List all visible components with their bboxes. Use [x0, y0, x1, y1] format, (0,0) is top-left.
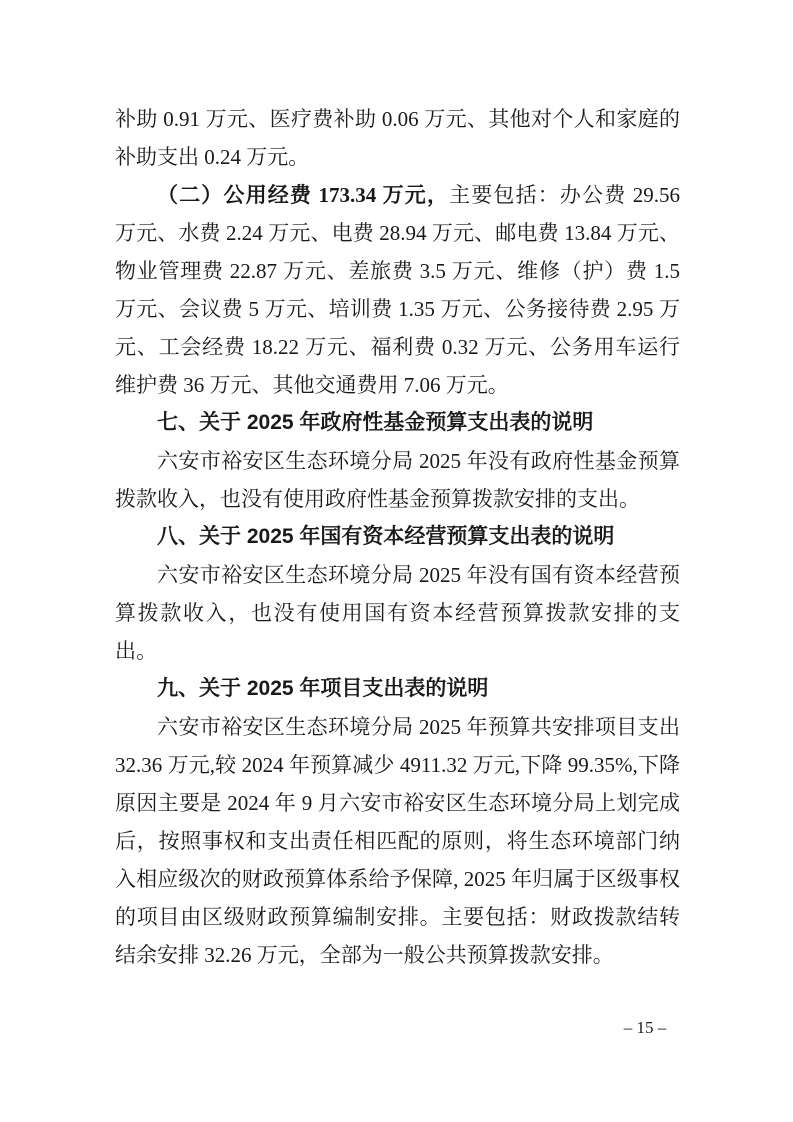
body-paragraph: 六安市裕安区生态环境分局 2025 年没有国有资本经营预算拨款收入，也没有使用国… [115, 556, 680, 670]
text-run: 六安市裕安区生态环境分局 2025 年预算共安排项目支出 32.36 万元,较 … [115, 715, 680, 967]
text-run: 六安市裕安区生态环境分局 2025 年没有国有资本经营预算拨款收入，也没有使用国… [115, 563, 680, 663]
page-number: – 15 – [595, 1016, 695, 1040]
bold-text-run: 九、关于 2025 年项目支出表的说明 [157, 677, 488, 700]
body-paragraph: （二）公用经费 173.34 万元，主要包括：办公费 29.56 万元、水费 2… [115, 176, 680, 404]
section-heading: 七、关于 2025 年政府性基金预算支出表的说明 [115, 404, 680, 442]
text-run: 主要包括：办公费 29.56 万元、水费 2.24 万元、电费 28.94 万元… [115, 183, 680, 397]
section-heading: 八、关于 2025 年国有资本经营预算支出表的说明 [115, 518, 680, 556]
bold-text-run: 八、关于 2025 年国有资本经营预算支出表的说明 [157, 525, 614, 548]
text-run: 补助 0.91 万元、医疗费补助 0.06 万元、其他对个人和家庭的补助支出 0… [115, 107, 680, 169]
text-run: 六安市裕安区生态环境分局 2025 年没有政府性基金预算拨款收入，也没有使用政府… [115, 449, 680, 511]
bold-text-run: （二）公用经费 173.34 万元， [157, 183, 449, 207]
body-paragraph: 补助 0.91 万元、医疗费补助 0.06 万元、其他对个人和家庭的补助支出 0… [115, 100, 680, 176]
bold-text-run: 七、关于 2025 年政府性基金预算支出表的说明 [157, 411, 593, 434]
body-paragraph: 六安市裕安区生态环境分局 2025 年预算共安排项目支出 32.36 万元,较 … [115, 708, 680, 974]
section-heading: 九、关于 2025 年项目支出表的说明 [115, 670, 680, 708]
document-body: 补助 0.91 万元、医疗费补助 0.06 万元、其他对个人和家庭的补助支出 0… [115, 100, 680, 974]
body-paragraph: 六安市裕安区生态环境分局 2025 年没有政府性基金预算拨款收入，也没有使用政府… [115, 442, 680, 518]
document-page: 补助 0.91 万元、医疗费补助 0.06 万元、其他对个人和家庭的补助支出 0… [0, 0, 793, 1122]
